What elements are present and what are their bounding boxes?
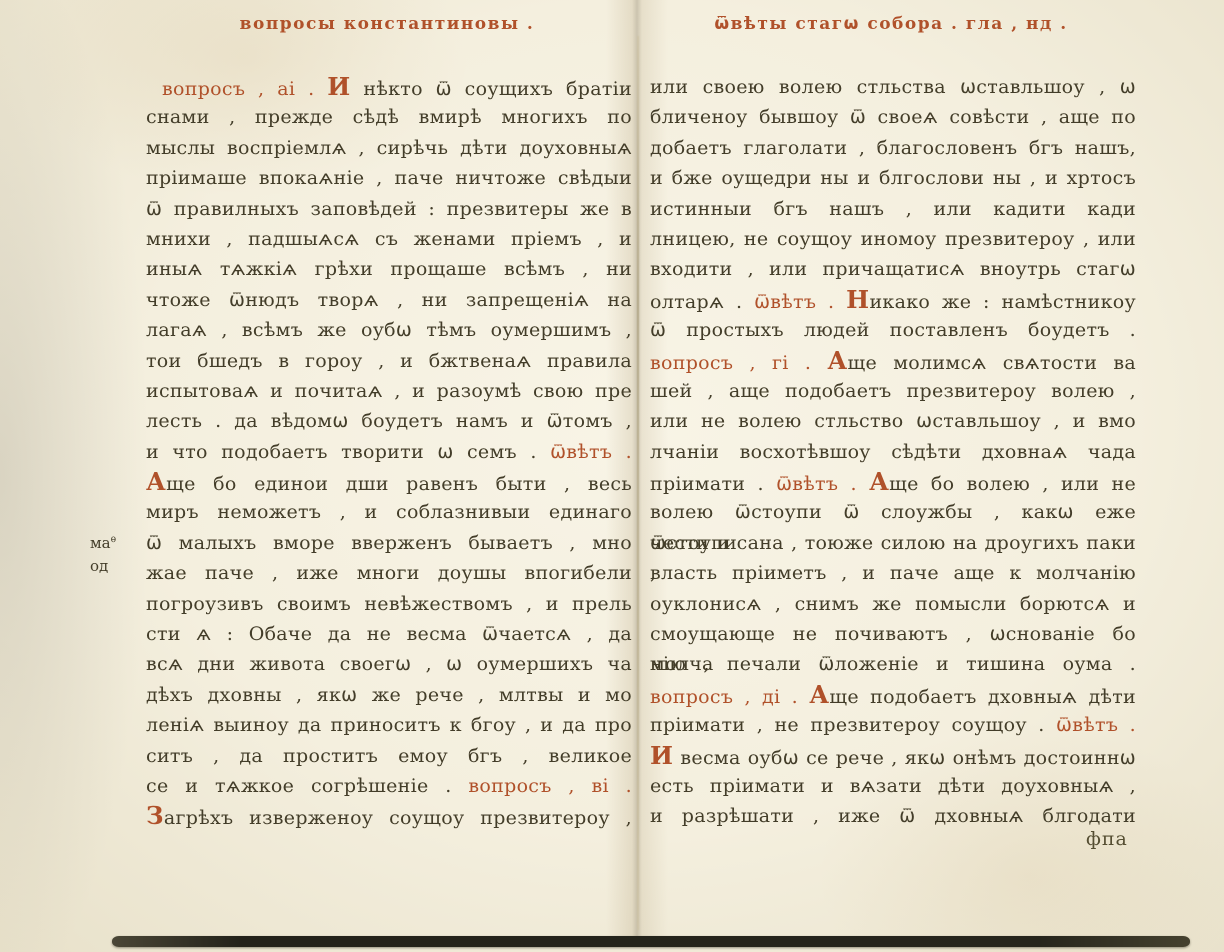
book-scan-paper: вопросы константиновы . ѿвѣты стагѡ собо… <box>0 0 1224 952</box>
rubric-segment: вопросъ , аі . <box>162 78 327 100</box>
text-line: пріимати , не презвитероу соущоу . ѿвѣтъ… <box>650 710 1136 740</box>
text-segment: пріимаше впокаѧніе , паче ничтоже свѣдыи <box>146 167 632 189</box>
text-segment: и разрѣшати , иже ѿ дховныѧ блгодати <box>650 805 1136 827</box>
text-segment: тои бшедъ в гороу , и бжтвенаѧ правила <box>146 350 632 372</box>
text-line: ситъ , да проститъ емоу бгъ , великое <box>146 741 632 771</box>
text-segment: икако же : намѣстникоу <box>869 291 1136 313</box>
text-segment: мыслы воспріемлѧ , сирѣчь дѣти доуховныѧ <box>146 137 632 159</box>
text-segment: ѿ малыхъ вморе вверженъ бываетъ , мно <box>146 532 632 554</box>
text-line: вопросъ , аі . И нѣкто ѿ соущихъ братіи <box>146 72 632 102</box>
text-line: олтарѧ . ѿвѣтъ . Никако же : намѣстникоу <box>650 285 1136 315</box>
text-segment: истинныи бгъ нашъ , или кадити кади <box>650 198 1136 220</box>
text-segment: добаетъ глаголати , благословенъ бгъ наш… <box>650 137 1136 159</box>
rubric-segment: Н <box>846 285 869 314</box>
text-line: Загрѣхъ изверженоу соущоу презвитероу , <box>146 801 632 831</box>
rubric-segment: И <box>327 72 350 101</box>
text-segment: ще молимсѧ свѧтости ва <box>848 352 1137 374</box>
text-line: лесть . да вѣдомѡ боудетъ намъ и ѿтомъ , <box>146 406 632 436</box>
text-segment: шей , аще подобаетъ презвитероу волею , <box>650 380 1136 402</box>
text-segment: олтарѧ . <box>650 291 754 313</box>
text-segment: лчаніи восхотѣвшоу сѣдѣти дховнаѧ чада <box>650 441 1136 463</box>
rubric-segment: А <box>146 467 166 496</box>
rubric-segment: З <box>146 801 164 830</box>
text-segment: ѿ правилныхъ заповѣдей : презвитеры же в <box>146 198 632 220</box>
right-page-lines: или своею волею стльства ѡставльшоу , ѡб… <box>650 72 1136 832</box>
text-segment: ситъ , да проститъ емоу бгъ , великое <box>146 745 632 767</box>
text-line: Аще бо единои дши равенъ быти , весь <box>146 467 632 497</box>
text-line: пріимати . ѿвѣтъ . Аще бо волею , или не <box>650 467 1136 497</box>
text-line: власть пріиметъ , и паче аще к молчанію <box>650 558 1136 588</box>
text-line: входити , или причащатисѧ вноутрь стагѡ <box>650 254 1136 284</box>
text-segment: лесть . да вѣдомѡ боудетъ намъ и ѿтомъ , <box>146 410 632 432</box>
text-line: иныѧ тѧжкіѧ грѣхи прощаше всѣмъ , ни <box>146 254 632 284</box>
text-line: миръ неможетъ , и соблазнивыи единаго <box>146 497 632 527</box>
text-line: се и тѧжкое согрѣшеніе . вопросъ , ві . <box>146 771 632 801</box>
text-segment: или не волею стльство ѡставльшоу , и вмо <box>650 410 1136 432</box>
rubric-segment: И <box>650 741 673 770</box>
folio-number: фпа <box>1086 828 1128 850</box>
text-segment: пріимати , не презвитероу соущоу . <box>650 714 1056 736</box>
bottom-page-edge <box>112 936 1190 947</box>
text-line: ѿ малыхъ вморе вверженъ бываетъ , мно <box>146 528 632 558</box>
text-segment: пріимати . <box>650 473 776 495</box>
text-line: шей , аще подобаетъ презвитероу волею , <box>650 376 1136 406</box>
rubric-segment: А <box>809 680 829 709</box>
text-line: тои бшедъ в гороу , и бжтвенаѧ правила <box>146 346 632 376</box>
text-segment: чтоже ѿнюдъ творѧ , ни запрещеніѧ на <box>146 289 632 311</box>
rubric-segment: ѿвѣтъ . <box>776 473 869 495</box>
text-segment: испытоваѧ и почитаѧ , и разоумѣ свою пре <box>146 380 632 402</box>
text-line: или своею волею стльства ѡставльшоу , ѡ <box>650 72 1136 102</box>
text-line: чтоже ѿнюдъ творѧ , ни запрещеніѧ на <box>146 285 632 315</box>
rubric-segment: ѿвѣтъ . <box>550 441 632 463</box>
text-segment: власть пріиметъ , и паче аще к молчанію <box>650 562 1136 584</box>
text-line: мыслы воспріемлѧ , сирѣчь дѣти доуховныѧ <box>146 133 632 163</box>
text-segment: иныѧ тѧжкіѧ грѣхи прощаше всѣмъ , ни <box>146 258 632 280</box>
text-segment: ѿ простыхъ людей поставленъ боудетъ . <box>650 319 1136 341</box>
text-line: погроузивъ своимъ невѣжествомъ , и прель <box>146 589 632 619</box>
rubric-segment: А <box>869 467 889 496</box>
text-segment: дѣхъ дховны , якѡ же рече , млтвы и мо <box>146 684 632 706</box>
text-line: дѣхъ дховны , якѡ же рече , млтвы и мо <box>146 680 632 710</box>
left-page-lines: вопросъ , аі . И нѣкто ѿ соущихъ братіис… <box>146 72 632 832</box>
text-line: и разрѣшати , иже ѿ дховныѧ блгодати <box>650 801 1136 831</box>
text-line: лагаѧ , всѣмъ же оубѡ тѣмъ оумершимъ , <box>146 315 632 345</box>
text-line: оуклонисѧ , снимъ же помысли борютсѧ и <box>650 589 1136 619</box>
text-segment: всѧ дни живота своегѡ , ѡ оумершихъ ча <box>146 653 632 675</box>
rubric-segment: вопросъ , ві . <box>468 775 632 797</box>
rubric-segment: вопросъ , гі . <box>650 352 827 374</box>
rubric-segment: ѿвѣтъ . <box>754 291 846 313</box>
marginal-note: маѳ од <box>90 528 142 578</box>
text-segment: ще бо волею , или не <box>889 473 1136 495</box>
text-segment: бличеноу бывшоу ѿ своеѧ совѣсти , аще по <box>650 106 1136 128</box>
gutter-crease-line <box>637 36 639 930</box>
text-line: или не волею стльство ѡставльшоу , и вмо <box>650 406 1136 436</box>
text-segment: нію , печали ѿложеніе и тишина оума . <box>650 653 1136 675</box>
text-line: вопросъ , ді . Аще подобаетъ дховныѧ дѣт… <box>650 680 1136 710</box>
text-line: и что подобаетъ творити ѡ семъ . ѿвѣтъ . <box>146 437 632 467</box>
marginal-note-superscript: ѳ <box>111 534 117 545</box>
text-segment: жае паче , иже многи доушы впогибели <box>146 562 632 584</box>
text-segment: сти ѧ : Обаче да не весма ѿчаетсѧ , да <box>146 623 632 645</box>
text-segment: се и тѧжкое согрѣшеніе . <box>146 775 468 797</box>
text-line: нію , печали ѿложеніе и тишина оума . <box>650 649 1136 679</box>
rubric-segment: А <box>827 346 847 375</box>
text-segment: снами , прежде сѣдѣ вмирѣ многихъ по <box>146 106 632 128</box>
rubric-segment: вопросъ , ді . <box>650 686 809 708</box>
text-segment: леніѧ выиноу да приноситъ к бгоу , и да … <box>146 714 632 736</box>
text-line: добаетъ глаголати , благословенъ бгъ наш… <box>650 133 1136 163</box>
text-segment: и бже оущедри ны и блгослови ны , и хрто… <box>650 167 1136 189</box>
running-head-right: ѿвѣты стагѡ собора . гла , нд . <box>650 14 1132 34</box>
text-segment: оуклонисѧ , снимъ же помысли борютсѧ и <box>650 593 1136 615</box>
running-head-left: вопросы константиновы . <box>146 14 628 34</box>
text-segment: ще бо единои дши равенъ быти , весь <box>166 473 632 495</box>
text-line: истинныи бгъ нашъ , или кадити кади <box>650 194 1136 224</box>
text-segment: нѣкто ѿ соущихъ братіи <box>351 78 632 100</box>
text-segment: входити , или причащатисѧ вноутрь стагѡ <box>650 258 1136 280</box>
text-line: есть пріимати и вѧзати дѣти доуховныѧ , <box>650 771 1136 801</box>
text-segment: есть пріимати и вѧзати дѣти доуховныѧ , <box>650 775 1136 797</box>
marginal-note-line2: од <box>90 555 142 578</box>
rubric-segment: ѿвѣтъ . <box>1056 714 1136 736</box>
text-segment: миръ неможетъ , и соблазнивыи единаго <box>146 501 632 523</box>
marginal-note-line1: маѳ <box>90 528 142 555</box>
text-line: лницею, не соущоу иномоу презвитероу , и… <box>650 224 1136 254</box>
text-segment: или своею волею стльства ѡставльшоу , ѡ <box>650 76 1136 98</box>
text-segment: агрѣхъ изверженоу соущоу презвитероу , <box>164 807 632 829</box>
text-segment: лницею, не соущоу иномоу презвитероу , и… <box>650 228 1136 250</box>
text-line: испытоваѧ и почитаѧ , и разоумѣ свою пре <box>146 376 632 406</box>
text-line: сти ѧ : Обаче да не весма ѿчаетсѧ , да <box>146 619 632 649</box>
text-line: И весма оубѡ се рече , якѡ онѣмъ достоин… <box>650 741 1136 771</box>
text-line: леніѧ выиноу да приноситъ к бгоу , и да … <box>146 710 632 740</box>
text-line: жае паче , иже многи доушы впогибели <box>146 558 632 588</box>
text-segment: ще подобаетъ дховныѧ дѣти <box>829 686 1136 708</box>
text-line: лчаніи восхотѣвшоу сѣдѣти дховнаѧ чада <box>650 437 1136 467</box>
text-segment: и что подобаетъ творити ѡ семъ . <box>146 441 550 463</box>
text-segment: лагаѧ , всѣмъ же оубѡ тѣмъ оумершимъ , <box>146 319 632 341</box>
text-line: бличеноу бывшоу ѿ своеѧ совѣсти , аще по <box>650 102 1136 132</box>
text-line: снами , прежде сѣдѣ вмирѣ многихъ по <box>146 102 632 132</box>
text-line: ѿ правилныхъ заповѣдей : презвитеры же в <box>146 194 632 224</box>
text-line: и бже оущедри ны и блгослови ны , и хрто… <box>650 163 1136 193</box>
text-line: смоущающе не почиваютъ , ѡснованіе бо мо… <box>650 619 1136 649</box>
text-line: волею ѿстоупи ѿ слоужбы , какѡ еже ѿстоу… <box>650 497 1136 527</box>
text-segment: погроузивъ своимъ невѣжествомъ , и прель <box>146 593 632 615</box>
text-line: ѿ простыхъ людей поставленъ боудетъ . <box>650 315 1136 345</box>
text-segment: мнихи , падшыѧсѧ съ женами пріемъ , и <box>146 228 632 250</box>
text-line: всѧ дни живота своегѡ , ѡ оумершихъ ча <box>146 649 632 679</box>
text-line: чести и сана , тоюже силою на дроугихъ п… <box>650 528 1136 558</box>
text-segment: весма оубѡ се рече , якѡ онѣмъ достоиннѡ <box>673 747 1136 769</box>
text-line: вопросъ , гі . Аще молимсѧ свѧтости ва <box>650 346 1136 376</box>
text-line: пріимаше впокаѧніе , паче ничтоже свѣдыи <box>146 163 632 193</box>
text-line: мнихи , падшыѧсѧ съ женами пріемъ , и <box>146 224 632 254</box>
